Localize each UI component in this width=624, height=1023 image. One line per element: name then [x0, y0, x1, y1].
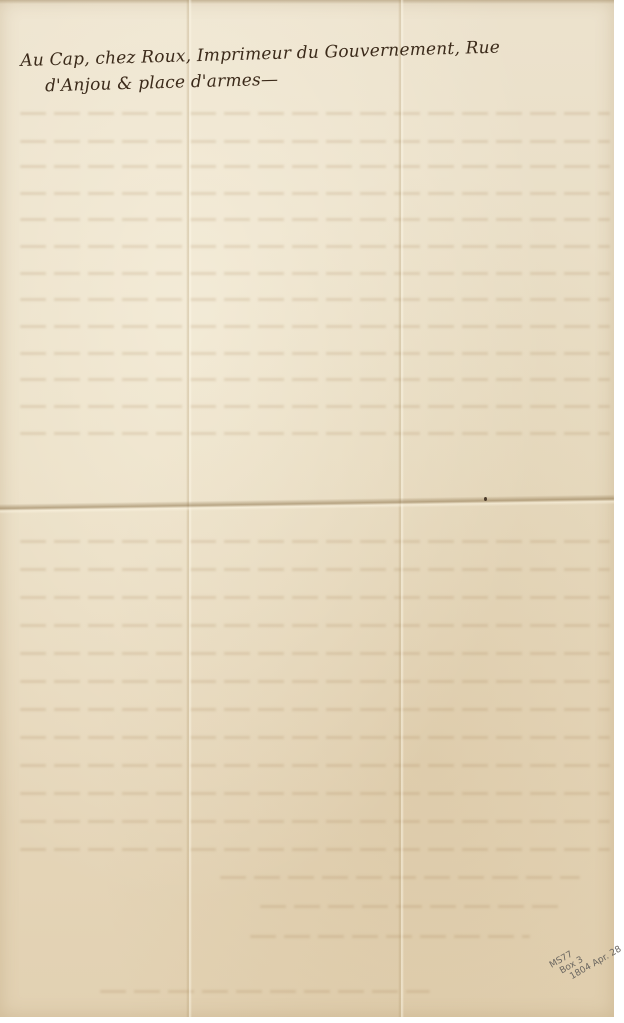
- vertical-fold-right: [398, 0, 404, 1017]
- bleed-through-line: [20, 708, 610, 711]
- bleed-through-line: [250, 935, 530, 938]
- bleed-through-line: [20, 764, 610, 767]
- bleed-through-line: [20, 792, 610, 795]
- bleed-through-line: [20, 432, 610, 435]
- bleed-through-line: [20, 192, 610, 195]
- bleed-through-line: [20, 378, 610, 381]
- bleed-through-line: [100, 990, 430, 993]
- bleed-through-line: [20, 736, 610, 739]
- ink-spot: [484, 497, 487, 501]
- document-page: Au Cap, chez Roux, Imprimeur du Gouverne…: [0, 0, 614, 1017]
- bleed-through-line: [20, 352, 610, 355]
- bleed-through-line: [20, 112, 610, 115]
- bleed-through-line: [20, 218, 610, 221]
- bleed-through-line: [20, 245, 610, 248]
- bleed-through-line: [20, 652, 610, 655]
- bleed-through-line: [20, 596, 610, 599]
- bleed-through-line: [20, 165, 610, 168]
- bleed-through-line: [20, 540, 610, 543]
- bleed-through-line: [20, 298, 610, 301]
- bleed-through-line: [20, 848, 610, 851]
- bleed-through-line: [260, 905, 560, 908]
- bleed-through-line: [20, 272, 610, 275]
- handwritten-address: Au Cap, chez Roux, Imprimeur du Gouverne…: [20, 32, 581, 100]
- archive-pencil-note: MS77 Box 3 1804 Apr. 28: [548, 927, 624, 988]
- bleed-through-line: [20, 405, 610, 408]
- bleed-through-line: [20, 140, 610, 143]
- bleed-through-line: [20, 325, 610, 328]
- bleed-through-line: [20, 624, 610, 627]
- bleed-through-line: [20, 568, 610, 571]
- horizontal-fold: [0, 494, 614, 514]
- bleed-through-line: [20, 820, 610, 823]
- bleed-through-line: [20, 680, 610, 683]
- top-edge-crease: [0, 0, 614, 4]
